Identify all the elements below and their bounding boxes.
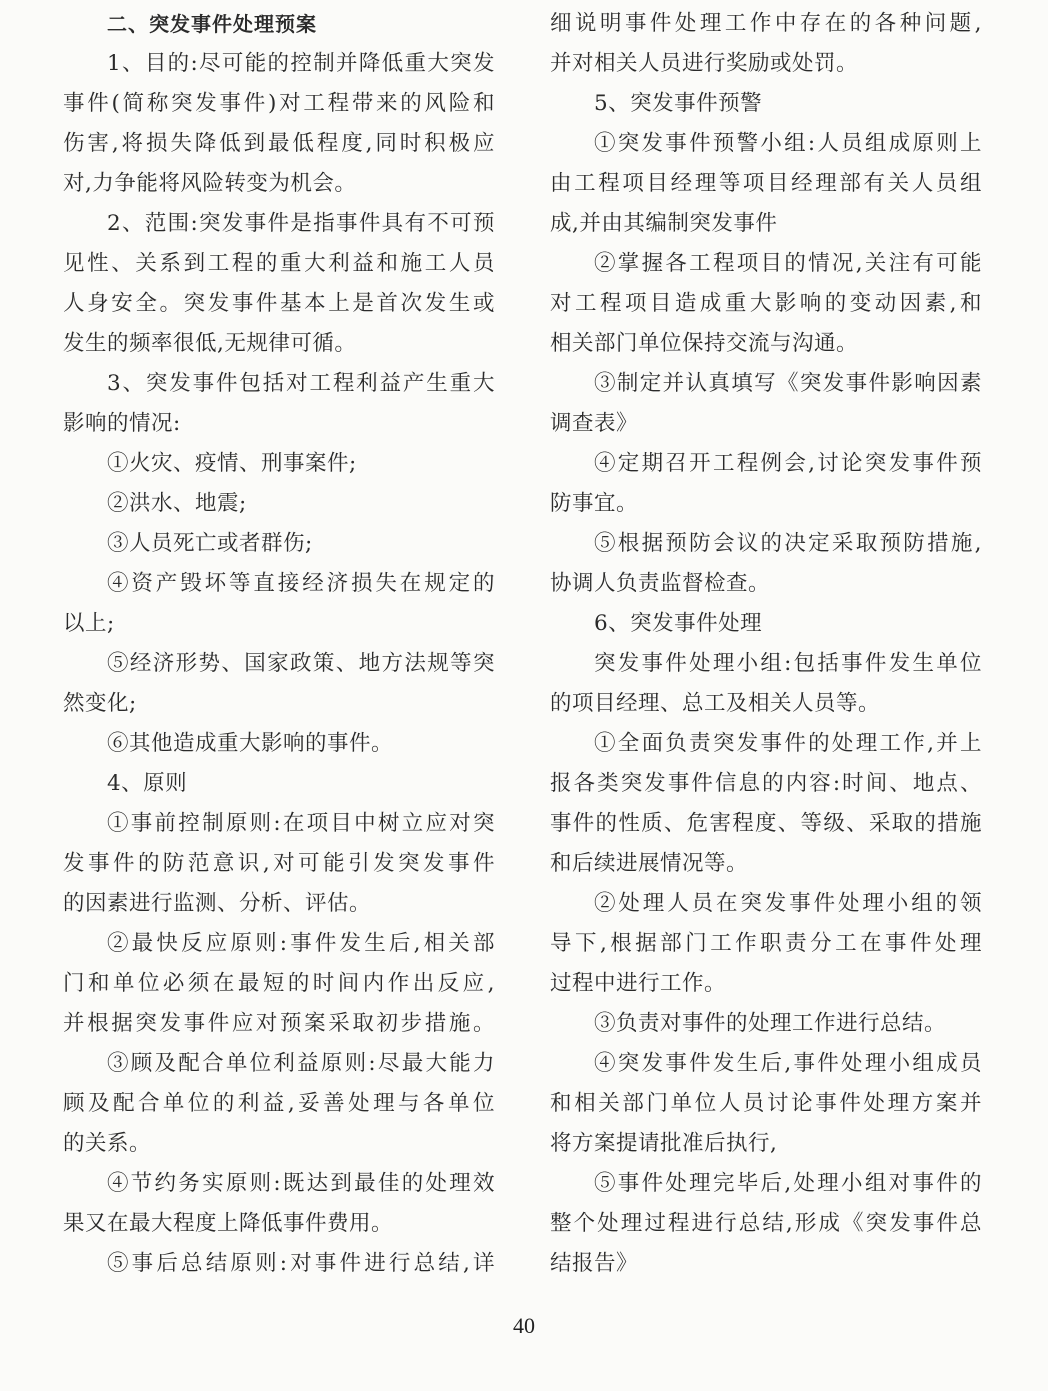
text-line: ⑥其他造成重大影响的事件。 [63, 724, 495, 764]
text-line: ①事前控制原则:在项目中树立应对突 [63, 804, 495, 844]
text-line: 以上; [63, 604, 495, 644]
text-line: 并根据突发事件应对预案采取初步措施。 [63, 1004, 495, 1044]
text-line: 事件(简称突发事件)对工程带来的风险和 [63, 84, 495, 124]
text-line: 整个处理过程进行总结,形成《突发事件总 [550, 1204, 982, 1244]
text-line: ③顾及配合单位利益原则:尽最大能力 [63, 1044, 495, 1084]
text-line: 协调人负责监督检查。 [550, 564, 982, 604]
text-line: 3、突发事件包括对工程利益产生重大 [63, 364, 495, 404]
text-line: 2、范围:突发事件是指事件具有不可预 [63, 204, 495, 244]
text-line: 影响的情况: [63, 404, 495, 444]
text-line: ③制定并认真填写《突发事件影响因素 [550, 364, 982, 404]
text-line: ①火灾、疫情、刑事案件; [63, 444, 495, 484]
text-line: 防事宜。 [550, 484, 982, 524]
text-line: ③人员死亡或者群伤; [63, 524, 495, 564]
text-line: 6、突发事件处理 [550, 604, 982, 644]
text-line: 然变化; [63, 684, 495, 724]
text-line: ⑤根据预防会议的决定采取预防措施, [550, 524, 982, 564]
text-line: ④资产毁坏等直接经济损失在规定的 [63, 564, 495, 604]
text-line: 和后续进展情况等。 [550, 844, 982, 884]
text-line: 果又在最大程度上降低事件费用。 [63, 1204, 495, 1244]
text-line: 并对相关人员进行奖励或处罚。 [550, 44, 982, 84]
text-line: 对,力争能将风险转变为机会。 [63, 164, 495, 204]
text-line: 事件的性质、危害程度、等级、采取的措施 [550, 804, 982, 844]
text-line: ⑤事后总结原则:对事件进行总结,详 [63, 1244, 495, 1284]
text-line: 顾及配合单位的利益,妥善处理与各单位 [63, 1084, 495, 1124]
text-line: 过程中进行工作。 [550, 964, 982, 1004]
page-number: 40 [0, 1313, 1048, 1339]
text-line: ①突发事件预警小组:人员组成原则上 [550, 124, 982, 164]
text-line: ④突发事件发生后,事件处理小组成员 [550, 1044, 982, 1084]
text-line: 发事件的防范意识,对可能引发突发事件 [63, 844, 495, 884]
text-line: 5、突发事件预警 [550, 84, 982, 124]
text-line: ②处理人员在突发事件处理小组的领 [550, 884, 982, 924]
left-column: 二、突发事件处理预案1、目的:尽可能的控制并降低重大突发事件(简称突发事件)对工… [63, 4, 495, 1284]
text-line: 的关系。 [63, 1124, 495, 1164]
text-line: 将方案提请批准后执行, [550, 1124, 982, 1164]
text-line: 成,并由其编制突发事件 [550, 204, 982, 244]
text-line: ②洪水、地震; [63, 484, 495, 524]
text-line: ⑤事件处理完毕后,处理小组对事件的 [550, 1164, 982, 1204]
text-line: 调查表》 [550, 404, 982, 444]
text-line: 由工程项目经理等项目经理部有关人员组 [550, 164, 982, 204]
text-line: 见性、关系到工程的重大利益和施工人员 [63, 244, 495, 284]
text-line: 的因素进行监测、分析、评估。 [63, 884, 495, 924]
text-line: 结报告》 [550, 1244, 982, 1284]
text-line: 和相关部门单位人员讨论事件处理方案并 [550, 1084, 982, 1124]
text-line: 人身安全。突发事件基本上是首次发生或 [63, 284, 495, 324]
text-line: ②掌握各工程项目的情况,关注有可能 [550, 244, 982, 284]
text-line: ①全面负责突发事件的处理工作,并上 [550, 724, 982, 764]
text-line: ④节约务实原则:既达到最佳的处理效 [63, 1164, 495, 1204]
text-line: 发生的频率很低,无规律可循。 [63, 324, 495, 364]
text-line: 突发事件处理小组:包括事件发生单位 [550, 644, 982, 684]
text-line: 伤害,将损失降低到最低程度,同时积极应 [63, 124, 495, 164]
text-line: ⑤经济形势、国家政策、地方法规等突 [63, 644, 495, 684]
text-line: ④定期召开工程例会,讨论突发事件预 [550, 444, 982, 484]
text-line: ②最快反应原则:事件发生后,相关部 [63, 924, 495, 964]
section-heading: 二、突发事件处理预案 [63, 4, 495, 44]
text-line: 门和单位必须在最短的时间内作出反应, [63, 964, 495, 1004]
text-line: 报各类突发事件信息的内容:时间、地点、 [550, 764, 982, 804]
text-line: 相关部门单位保持交流与沟通。 [550, 324, 982, 364]
right-column: 细说明事件处理工作中存在的各种问题,并对相关人员进行奖励或处罚。5、突发事件预警… [550, 4, 982, 1284]
text-line: 细说明事件处理工作中存在的各种问题, [550, 4, 982, 44]
text-line: ③负责对事件的处理工作进行总结。 [550, 1004, 982, 1044]
text-line: 导下,根据部门工作职责分工在事件处理 [550, 924, 982, 964]
text-line: 对工程项目造成重大影响的变动因素,和 [550, 284, 982, 324]
text-line: 1、目的:尽可能的控制并降低重大突发 [63, 44, 495, 84]
text-line: 4、原则 [63, 764, 495, 804]
text-line: 的项目经理、总工及相关人员等。 [550, 684, 982, 724]
